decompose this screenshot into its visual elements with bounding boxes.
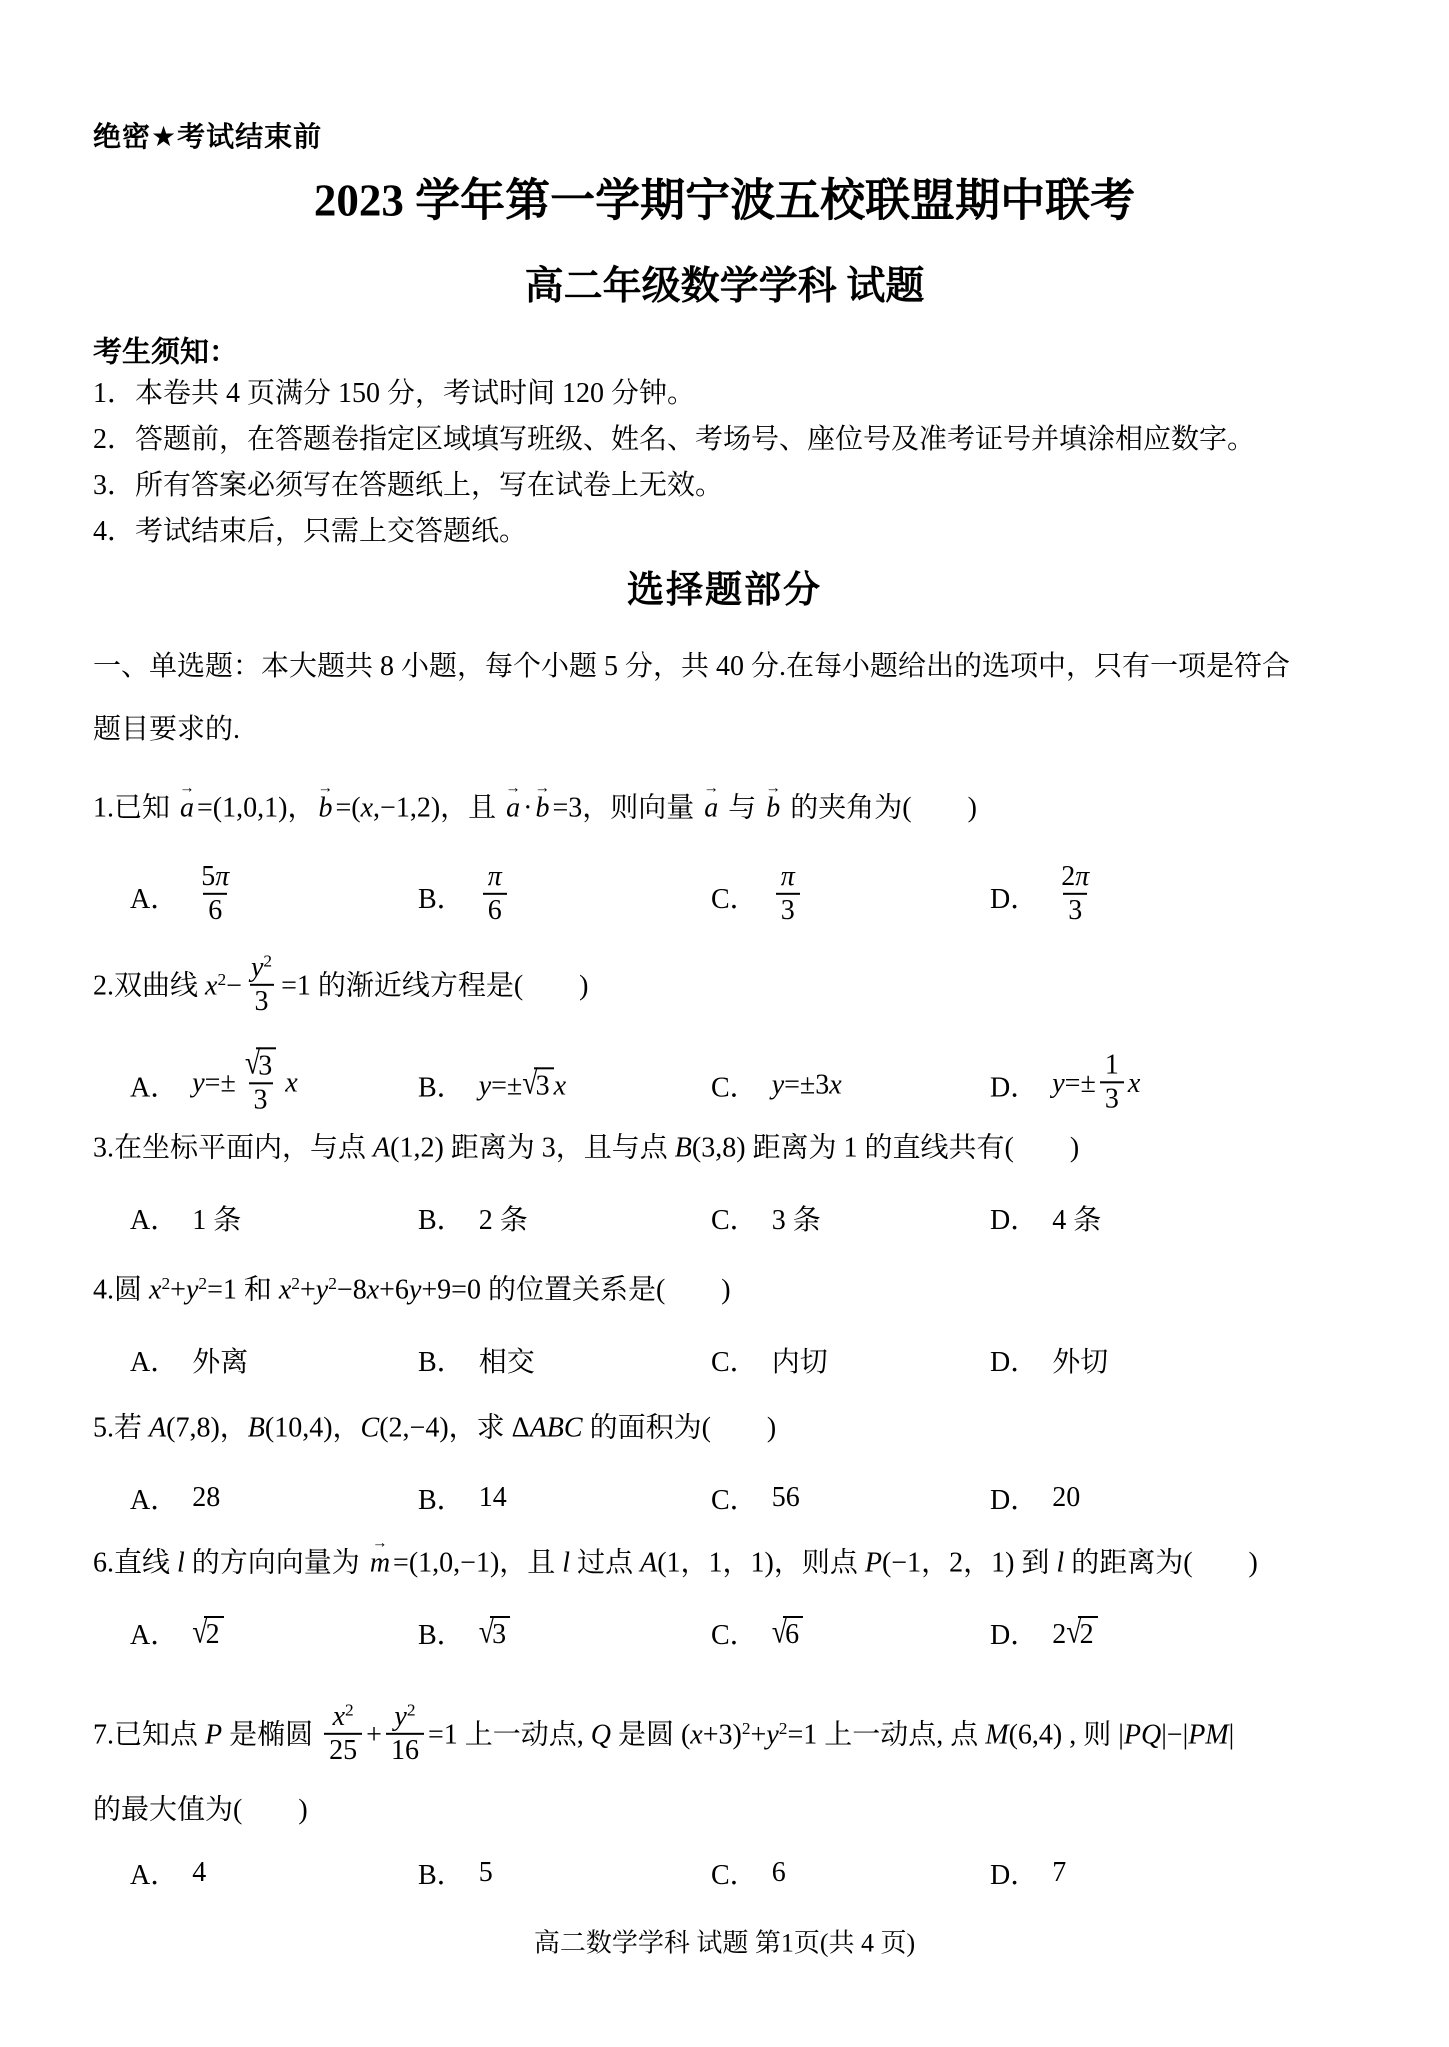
option-label: B． xyxy=(418,1853,465,1893)
question-7-option-B: B．5 xyxy=(418,1853,711,1893)
option-label: A． xyxy=(130,1613,178,1653)
option-value: 2√2 xyxy=(1052,1616,1097,1651)
question-1-option-A: A．5π6 xyxy=(130,864,418,930)
question-5-options: A．28B．14C．56D．20 xyxy=(130,1478,1419,1518)
question-2-option-C: C．y=±3x xyxy=(711,1065,990,1105)
question-4-option-C: C．内切 xyxy=(711,1340,990,1380)
option-value: 20 xyxy=(1052,1482,1080,1514)
option-value: 4 条 xyxy=(1052,1198,1101,1238)
option-label: B． xyxy=(418,1613,465,1653)
question-2-option-B: B．y=±√3x xyxy=(418,1065,711,1105)
question-1-stem: 1.已知 a=(1,0,1)，b=(x,−1,2)，且 a·b=3，则向量 a … xyxy=(93,791,977,826)
option-label: A． xyxy=(130,1198,178,1238)
option-value: 56 xyxy=(772,1482,800,1514)
question-3-option-C: C．3 条 xyxy=(711,1198,990,1238)
question-3-option-A: A．1 条 xyxy=(130,1198,418,1238)
option-value: 4 xyxy=(192,1857,206,1889)
option-label: C． xyxy=(711,1613,758,1653)
option-value: 内切 xyxy=(772,1340,828,1380)
option-value: 相交 xyxy=(479,1340,535,1380)
question-4-option-D: D．外切 xyxy=(990,1340,1419,1380)
question-6-options: A．√2B．√3C．√6D．2√2 xyxy=(130,1613,1419,1653)
question-6-option-D: D．2√2 xyxy=(990,1613,1419,1653)
option-value: 5 xyxy=(479,1857,493,1889)
option-value: 2π3 xyxy=(1052,864,1098,930)
option-value: π6 xyxy=(479,864,511,930)
option-label: C． xyxy=(711,1853,758,1893)
question-6-option-B: B．√3 xyxy=(418,1613,711,1653)
question-1-option-D: D．2π3 xyxy=(990,864,1419,930)
question-2-option-A: A．y=±√33x xyxy=(130,1050,418,1119)
question-1-option-B: B．π6 xyxy=(418,864,711,930)
option-label: D． xyxy=(990,1065,1038,1105)
question-6-option-A: A．√2 xyxy=(130,1613,418,1653)
option-label: D． xyxy=(990,1198,1038,1238)
question-4-stem: 4.圆 x2+y2=1 和 x2+y2−8x+6y+9=0 的位置关系是( ) xyxy=(93,1273,731,1308)
option-value: 1 条 xyxy=(192,1198,241,1238)
option-value: 7 xyxy=(1052,1857,1066,1889)
page-footer: 高二数学学科 试题 第1页(共 4 页) xyxy=(0,1923,1449,1960)
question-2-options: A．y=±√33xB．y=±√3xC．y=±3xD．y=±13x xyxy=(130,1050,1419,1119)
option-value: 3 条 xyxy=(772,1198,821,1238)
question-3-option-B: B．2 条 xyxy=(418,1198,711,1238)
question-4-option-B: B．相交 xyxy=(418,1340,711,1380)
exam-paper-page: 绝密★考试结束前 2023 学年第一学期宁波五校联盟期中联考 高二年级数学学科 … xyxy=(0,0,1449,2047)
option-label: B． xyxy=(418,877,465,917)
option-label: B． xyxy=(418,1198,465,1238)
option-label: D． xyxy=(990,877,1038,917)
question-7-options: A．4B．5C．6D．7 xyxy=(130,1853,1419,1893)
question-7-stem: 的最大值为( ) xyxy=(93,1793,308,1828)
option-value: √2 xyxy=(192,1616,223,1651)
question-7-option-D: D．7 xyxy=(990,1853,1419,1893)
option-value: 外离 xyxy=(192,1340,248,1380)
option-value: 6 xyxy=(772,1857,786,1889)
option-label: C． xyxy=(711,1065,758,1105)
question-5-stem: 5.若 A(7,8)，B(10,4)，C(2,−4)，求 ΔABC 的面积为( … xyxy=(93,1411,776,1446)
option-value: y=±3x xyxy=(772,1069,842,1101)
option-value: 5π6 xyxy=(192,864,238,930)
option-value: 14 xyxy=(479,1482,507,1514)
question-3-options: A．1 条B．2 条C．3 条D．4 条 xyxy=(130,1198,1419,1238)
option-label: B． xyxy=(418,1478,465,1518)
option-label: C． xyxy=(711,1198,758,1238)
question-6-option-C: C．√6 xyxy=(711,1613,990,1653)
option-label: C． xyxy=(711,1340,758,1380)
question-5-option-C: C．56 xyxy=(711,1478,990,1518)
option-value: 28 xyxy=(192,1482,220,1514)
option-value: y=±√3x xyxy=(479,1068,566,1103)
option-label: A． xyxy=(130,1478,178,1518)
option-value: √6 xyxy=(772,1616,803,1651)
question-7-stem: 7.已知点 P 是椭圆 x225+y216=1 上一动点, Q 是圆 (x+3)… xyxy=(93,1704,1234,1770)
question-1-option-C: C．π3 xyxy=(711,864,990,930)
option-label: B． xyxy=(418,1340,465,1380)
option-value: π3 xyxy=(772,864,804,930)
option-value: y=±13x xyxy=(1052,1052,1140,1118)
option-label: B． xyxy=(418,1065,465,1105)
option-label: D． xyxy=(990,1853,1038,1893)
question-4-option-A: A．外离 xyxy=(130,1340,418,1380)
question-4-options: A．外离B．相交C．内切D．外切 xyxy=(130,1340,1419,1380)
option-label: A． xyxy=(130,1340,178,1380)
option-value: 外切 xyxy=(1052,1340,1108,1380)
option-label: A． xyxy=(130,1853,178,1893)
option-label: D． xyxy=(990,1613,1038,1653)
question-2-option-D: D．y=±13x xyxy=(990,1052,1419,1118)
option-label: C． xyxy=(711,877,758,917)
option-label: A． xyxy=(130,877,178,917)
question-5-option-A: A．28 xyxy=(130,1478,418,1518)
question-3-option-D: D．4 条 xyxy=(990,1198,1419,1238)
option-value: y=±√33x xyxy=(192,1050,297,1119)
question-7-option-A: A．4 xyxy=(130,1853,418,1893)
option-label: D． xyxy=(990,1478,1038,1518)
question-6-stem: 6.直线 l 的方向向量为 m=(1,0,−1)，且 l 过点 A(1，1，1)… xyxy=(93,1546,1258,1581)
option-label: D． xyxy=(990,1340,1038,1380)
question-3-stem: 3.在坐标平面内，与点 A(1,2) 距离为 3，且与点 B(3,8) 距离为 … xyxy=(93,1131,1079,1166)
option-label: A． xyxy=(130,1065,178,1105)
option-label: C． xyxy=(711,1478,758,1518)
question-5-option-D: D．20 xyxy=(990,1478,1419,1518)
option-value: √3 xyxy=(479,1616,510,1651)
question-5-option-B: B．14 xyxy=(418,1478,711,1518)
option-value: 2 条 xyxy=(479,1198,528,1238)
question-2-stem: 2.双曲线 x2−y23=1 的渐近线方程是( ) xyxy=(93,955,589,1021)
question-7-option-C: C．6 xyxy=(711,1853,990,1893)
question-list: 1.已知 a=(1,0,1)，b=(x,−1,2)，且 a·b=3，则向量 a … xyxy=(0,0,1449,2047)
question-1-options: A．5π6B．π6C．π3D．2π3 xyxy=(130,864,1419,930)
